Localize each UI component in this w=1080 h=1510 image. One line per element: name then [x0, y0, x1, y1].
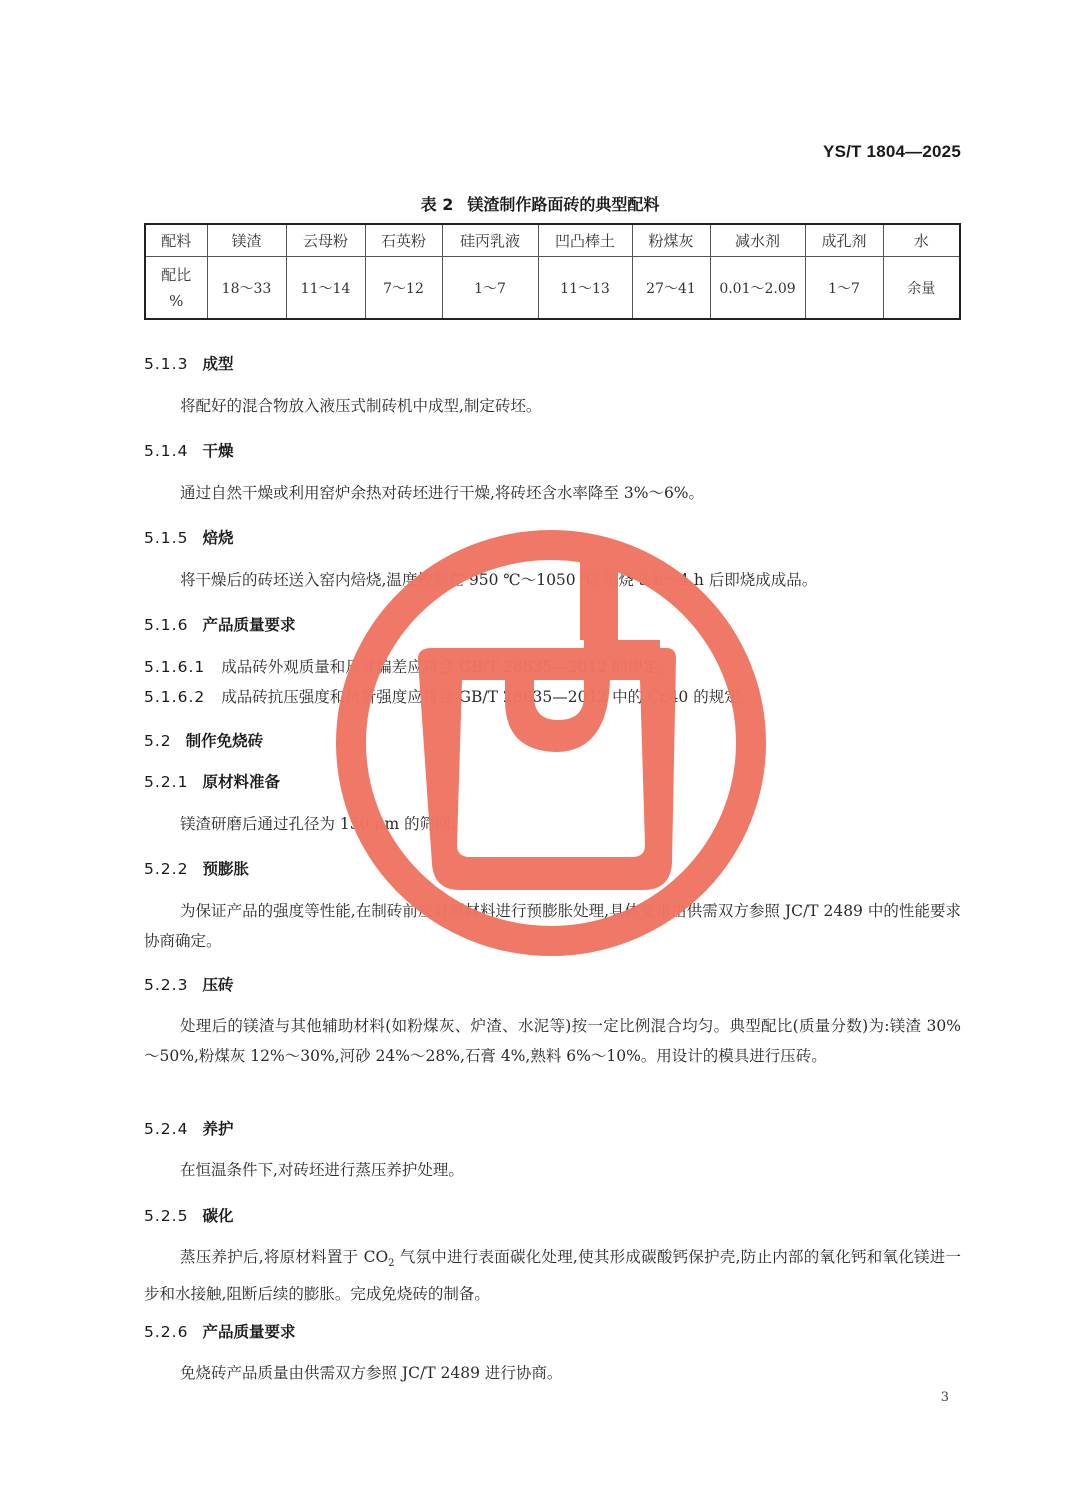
section-heading-5-1-6: 5.1.6产品质量要求 [144, 613, 295, 635]
table-cell: 18～33 [207, 257, 286, 320]
table-cell: 27～41 [632, 257, 710, 320]
table-header-cell: 粉煤灰 [632, 224, 710, 257]
table-cell: 11～13 [538, 257, 632, 320]
section-number: 5.2.6 [144, 1323, 188, 1341]
table-header-cell: 减水剂 [710, 224, 805, 257]
section-body-5-2-2: 为保证产品的强度等性能,在制砖前应对原材料进行预膨胀处理,具体要求由供需双方参照… [144, 896, 961, 956]
table-title: 表 2镁渣制作路面砖的典型配料 [0, 192, 1080, 215]
table-cell: 11～14 [286, 257, 365, 320]
section-body-5-2-1: 镁渣研磨后通过孔径为 150 μm 的筛网。 [144, 809, 961, 839]
section-number: 5.2.3 [144, 976, 188, 994]
row-label-cell: 配比 % [145, 257, 207, 320]
section-number: 5.1.5 [144, 529, 188, 547]
table-number: 表 2 [421, 195, 454, 214]
section-body-5-1-5: 将干燥后的砖坯送入窑内焙烧,温度控制在 950 ℃～1050 ℃,焙烧 3 h～… [144, 565, 961, 595]
section-number: 5.2 [144, 732, 172, 750]
clause-text: 成品砖抗压强度和抗折强度应符合 GB/T 28635—2012 中的 Cc40 … [221, 688, 755, 706]
section-number: 5.2.1 [144, 773, 188, 791]
section-title: 产品质量要求 [202, 616, 295, 634]
clause-5-1-6-2: 5.1.6.2成品砖抗压强度和抗折强度应符合 GB/T 28635—2012 中… [144, 685, 961, 707]
section-title: 干燥 [202, 442, 233, 460]
table-title-text: 镁渣制作路面砖的典型配料 [467, 195, 659, 214]
section-heading-5-2: 5.2制作免烧砖 [144, 729, 263, 751]
section-body-5-1-3: 将配好的混合物放入液压式制砖机中成型,制定砖坯。 [144, 391, 961, 421]
section-heading-5-2-3: 5.2.3压砖 [144, 973, 233, 995]
table-row: 配比 % 18～33 11～14 7～12 1～7 11～13 27～41 0.… [145, 257, 960, 320]
table-header-cell: 镁渣 [207, 224, 286, 257]
section-body-5-2-3: 处理后的镁渣与其他辅助材料(如粉煤灰、炉渣、水泥等)按一定比例混合均匀。典型配比… [144, 1011, 961, 1071]
clause-text: 成品砖外观质量和尺寸偏差应符合 GB/T 28635—2012 的规定。 [221, 658, 674, 676]
section-heading-5-1-5: 5.1.5焙烧 [144, 526, 233, 548]
section-heading-5-2-4: 5.2.4养护 [144, 1117, 233, 1139]
body-text-part: 蒸压养护后,将原材料置于 CO [180, 1248, 388, 1266]
section-title: 焙烧 [202, 529, 233, 547]
section-body-5-1-4: 通过自然干燥或利用窑炉余热对砖坯进行干燥,将砖坯含水率降至 3%～6%。 [144, 478, 961, 508]
table-header-cell: 配料 [145, 224, 207, 257]
table-cell: 1～7 [442, 257, 538, 320]
section-heading-5-1-4: 5.1.4干燥 [144, 439, 233, 461]
table-cell: 余量 [883, 257, 960, 320]
section-heading-5-1-3: 5.1.3成型 [144, 352, 233, 374]
section-number: 5.1.4 [144, 442, 188, 460]
clause-number: 5.1.6.1 [144, 658, 205, 676]
section-number: 5.2.2 [144, 860, 188, 878]
section-title: 预膨胀 [202, 860, 249, 878]
page-number: 3 [941, 1390, 949, 1405]
mix-ratio-table: 配料 镁渣 云母粉 石英粉 硅丙乳液 凹凸棒土 粉煤灰 减水剂 成孔剂 水 配比… [144, 223, 961, 320]
section-heading-5-2-1: 5.2.1原材料准备 [144, 770, 280, 792]
table-header-cell: 云母粉 [286, 224, 365, 257]
section-body-5-2-4: 在恒温条件下,对砖坯进行蒸压养护处理。 [144, 1155, 961, 1185]
table-header-cell: 水 [883, 224, 960, 257]
section-body-5-2-5: 蒸压养护后,将原材料置于 CO2 气氛中进行表面碳化处理,使其形成碳酸钙保护壳,… [144, 1242, 961, 1309]
section-number: 5.2.4 [144, 1120, 188, 1138]
section-heading-5-2-2: 5.2.2预膨胀 [144, 857, 249, 879]
row-label-line1: 配比 [146, 262, 207, 288]
section-body-5-2-6: 免烧砖产品质量由供需双方参照 JC/T 2489 进行协商。 [144, 1358, 961, 1388]
section-title: 产品质量要求 [202, 1323, 295, 1341]
table-cell: 0.01～2.09 [710, 257, 805, 320]
table-header-cell: 凹凸棒土 [538, 224, 632, 257]
section-heading-5-2-5: 5.2.5碳化 [144, 1204, 233, 1226]
table-header-row: 配料 镁渣 云母粉 石英粉 硅丙乳液 凹凸棒土 粉煤灰 减水剂 成孔剂 水 [145, 224, 960, 257]
section-title: 原材料准备 [202, 773, 280, 791]
section-title: 压砖 [202, 976, 233, 994]
table-cell: 7～12 [365, 257, 442, 320]
section-title: 养护 [202, 1120, 233, 1138]
section-title: 成型 [202, 355, 233, 373]
clause-5-1-6-1: 5.1.6.1成品砖外观质量和尺寸偏差应符合 GB/T 28635—2012 的… [144, 655, 961, 677]
section-title: 制作免烧砖 [186, 732, 264, 750]
section-number: 5.1.6 [144, 616, 188, 634]
clause-number: 5.1.6.2 [144, 688, 205, 706]
table-cell: 1～7 [805, 257, 883, 320]
row-label-line2: % [146, 288, 207, 314]
section-title: 碳化 [202, 1207, 233, 1225]
table-header-cell: 石英粉 [365, 224, 442, 257]
section-heading-5-2-6: 5.2.6产品质量要求 [144, 1320, 295, 1342]
section-number: 5.1.3 [144, 355, 188, 373]
table-header-cell: 成孔剂 [805, 224, 883, 257]
section-number: 5.2.5 [144, 1207, 188, 1225]
standard-code: YS/T 1804—2025 [823, 142, 961, 162]
table-header-cell: 硅丙乳液 [442, 224, 538, 257]
